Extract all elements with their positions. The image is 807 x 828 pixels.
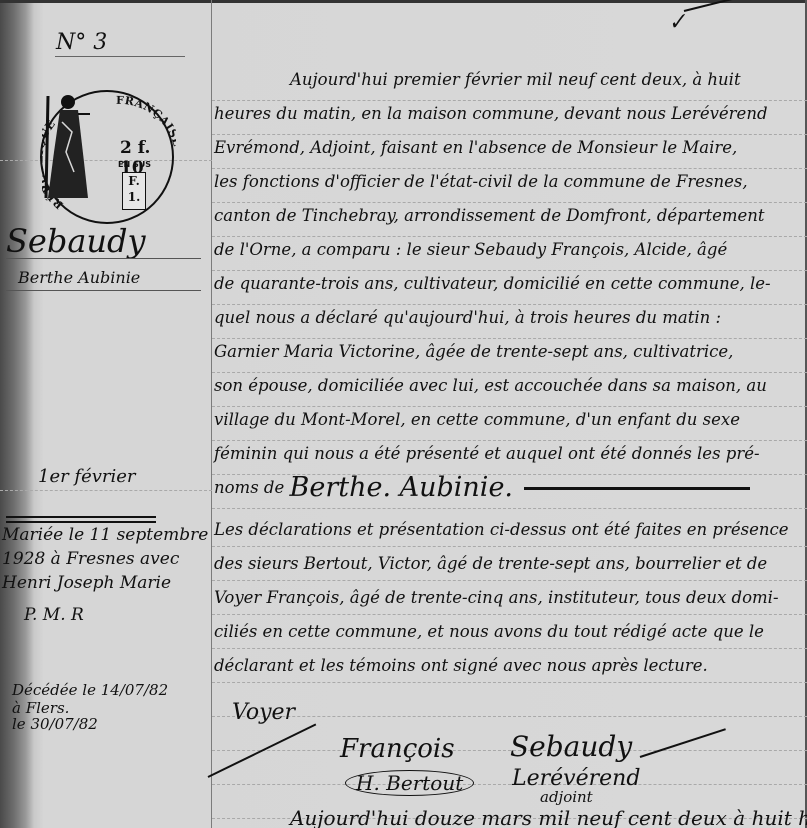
- ruled-line: [212, 682, 807, 683]
- ruled-line: [212, 440, 807, 441]
- margin-date-note: 1er février: [38, 466, 136, 487]
- death-mention-line: Décédée le 14/07/82: [12, 682, 168, 699]
- act-number-underline: [55, 56, 185, 57]
- marriage-mention-initials: P. M. R: [24, 604, 84, 626]
- signature-officer-title: adjoint: [540, 788, 593, 806]
- fill-line: [524, 487, 750, 490]
- death-mention-line: le 30/07/82: [12, 716, 98, 733]
- margin-ruled-line: [0, 490, 212, 491]
- act-text-line: les fonctions d'officier de l'état-civil…: [214, 172, 748, 192]
- justice-figure-seal-icon: RÉPUBLIQUE FRANÇAISE 2 f. 10 EN SUS F. 1…: [40, 90, 174, 224]
- act-text-line: féminin qui nous a été présenté et auque…: [214, 444, 760, 464]
- ruled-line: [212, 270, 807, 271]
- ruled-line: [212, 236, 807, 237]
- ruled-line: [212, 784, 807, 785]
- act-text-line: village du Mont-Morel, en cette commune,…: [214, 410, 740, 430]
- ruled-line: [212, 202, 807, 203]
- act-text-line: son épouse, domiciliée avec lui, est acc…: [214, 376, 767, 396]
- signature-declarant-first: François: [340, 734, 455, 764]
- signature-bertout: H. Bertout: [345, 770, 474, 796]
- given-names-underline: [6, 290, 201, 291]
- next-act-start: Aujourd'hui douze mars mil neuf cent deu…: [290, 806, 807, 828]
- margin-given-names: Berthe Aubinie: [18, 268, 140, 287]
- ruled-line: [212, 580, 807, 581]
- ruled-line: [212, 406, 807, 407]
- ruled-line: [212, 100, 807, 101]
- signature-voyer: Voyer: [232, 700, 295, 725]
- child-names-line: noms de Berthe. Aubinie.: [214, 478, 750, 498]
- marriage-mention-line: 1928 à Fresnes avec: [2, 548, 179, 570]
- act-text-line: de l'Orne, a comparu : le sieur Sebaudy …: [214, 240, 727, 260]
- margin-column-divider: [211, 0, 212, 828]
- marriage-mention-line: Henri Joseph Marie: [2, 572, 171, 594]
- ruled-line: [212, 546, 807, 547]
- stamp-box-value: F. 1.: [122, 172, 146, 210]
- witness-text-line: déclarant et les témoins ont signé avec …: [214, 656, 708, 676]
- signature-flourish: [640, 728, 726, 758]
- act-text-line: Garnier Maria Victorine, âgée de trente-…: [214, 342, 733, 362]
- ruled-line: [212, 716, 807, 717]
- date-double-rule: [6, 516, 156, 523]
- page-top-edge: [0, 0, 807, 3]
- witness-text-line: des sieurs Bertout, Victor, âgé de trent…: [214, 554, 767, 574]
- ruled-line: [212, 372, 807, 373]
- witness-text-line: ciliés en cette commune, et nous avons d…: [214, 622, 764, 642]
- signature-declarant-surname: Sebaudy: [510, 730, 632, 763]
- ruled-line: [212, 648, 807, 649]
- seal-figure-icon: [42, 92, 90, 200]
- witness-text-line: Les déclarations et présentation ci-dess…: [214, 520, 789, 540]
- witness-text-line: Voyer François, âgé de trente-cinq ans, …: [214, 588, 779, 608]
- act-text-line: quel nous a déclaré qu'aujourd'hui, à tr…: [214, 308, 721, 328]
- margin-surname: Sebaudy: [6, 222, 146, 260]
- names-prefix: noms de: [214, 478, 284, 497]
- marriage-mention-line: Mariée le 11 septembre: [2, 524, 208, 546]
- act-text-line: canton de Tinchebray, arrondissement de …: [214, 206, 765, 226]
- stamp-sub: EN SUS: [118, 160, 151, 169]
- register-page: N° 3 RÉPUBLIQUE FRANÇAISE 2 f. 10 EN SUS…: [0, 0, 807, 828]
- check-mark-icon: ✓: [666, 9, 688, 36]
- ruled-line: [212, 338, 807, 339]
- ruled-line: [212, 134, 807, 135]
- child-name: Berthe. Aubinie.: [290, 472, 514, 503]
- ruled-line: [212, 614, 807, 615]
- act-text-line: Evrémond, Adjoint, faisant en l'absence …: [214, 138, 737, 158]
- act-text-line: Aujourd'hui premier février mil neuf cen…: [290, 70, 741, 90]
- ruled-line: [212, 304, 807, 305]
- surname-underline: [6, 258, 201, 259]
- ruled-line: [212, 168, 807, 169]
- act-text-line: heures du matin, en la maison commune, d…: [214, 104, 768, 124]
- act-text-line: de quarante-trois ans, cultivateur, domi…: [214, 274, 771, 294]
- ruled-line: [212, 508, 807, 509]
- act-number: N° 3: [56, 30, 107, 55]
